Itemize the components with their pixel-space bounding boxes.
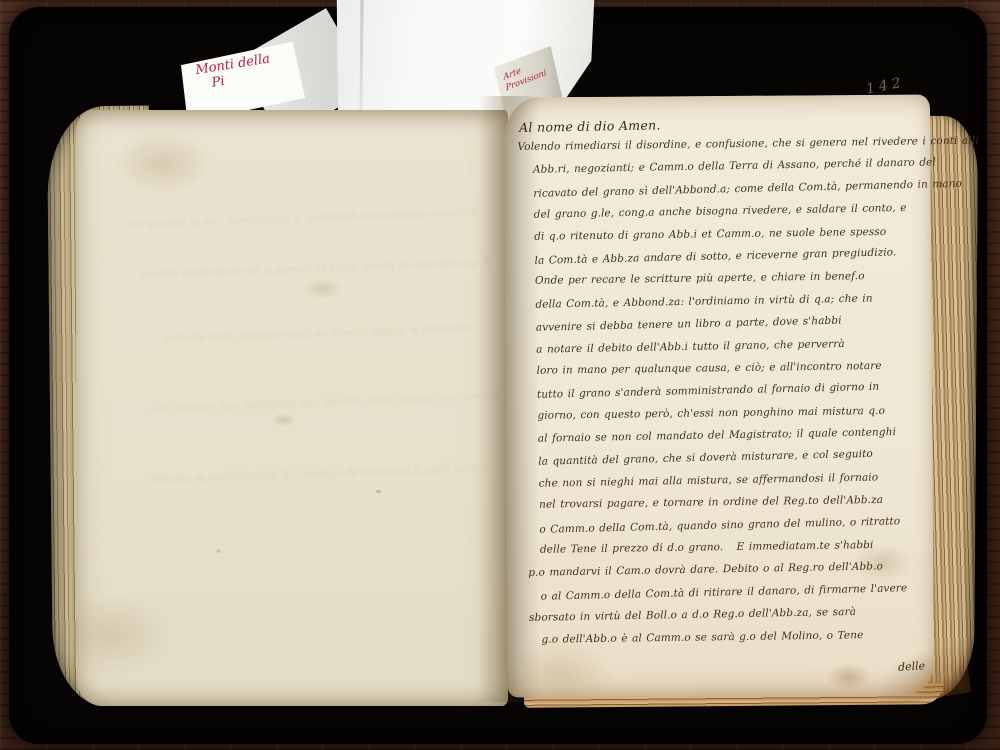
- photo-of-open-manuscript: Monti della Pi Arte Provisioni Volendo r…: [0, 0, 1000, 750]
- manuscript-text-block: Al nome di dio Amen. Volendo rimediarsi …: [517, 112, 969, 657]
- manuscript-lines: Volendo rimediarsi il disordine, e confu…: [517, 134, 968, 657]
- catchword: delle: [898, 659, 926, 673]
- paper-slip-fold-line: [359, 0, 363, 113]
